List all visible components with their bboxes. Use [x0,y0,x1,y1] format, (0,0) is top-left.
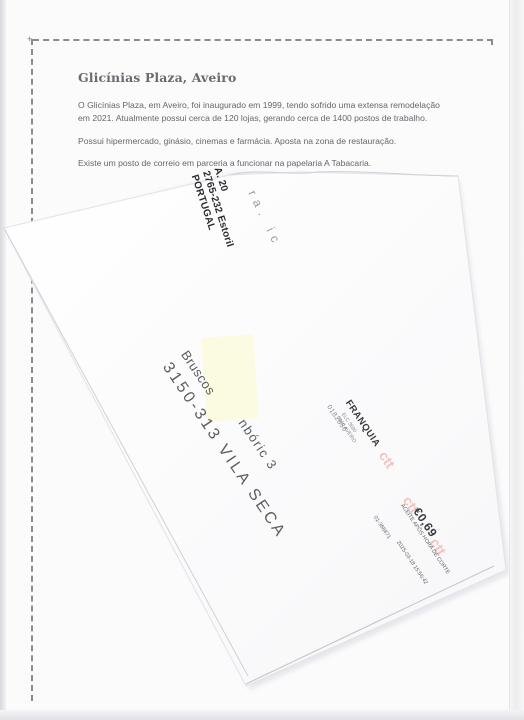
envelope [0,0,524,720]
scan-edge-right [509,0,524,720]
scan-edge-bottom [0,710,524,720]
